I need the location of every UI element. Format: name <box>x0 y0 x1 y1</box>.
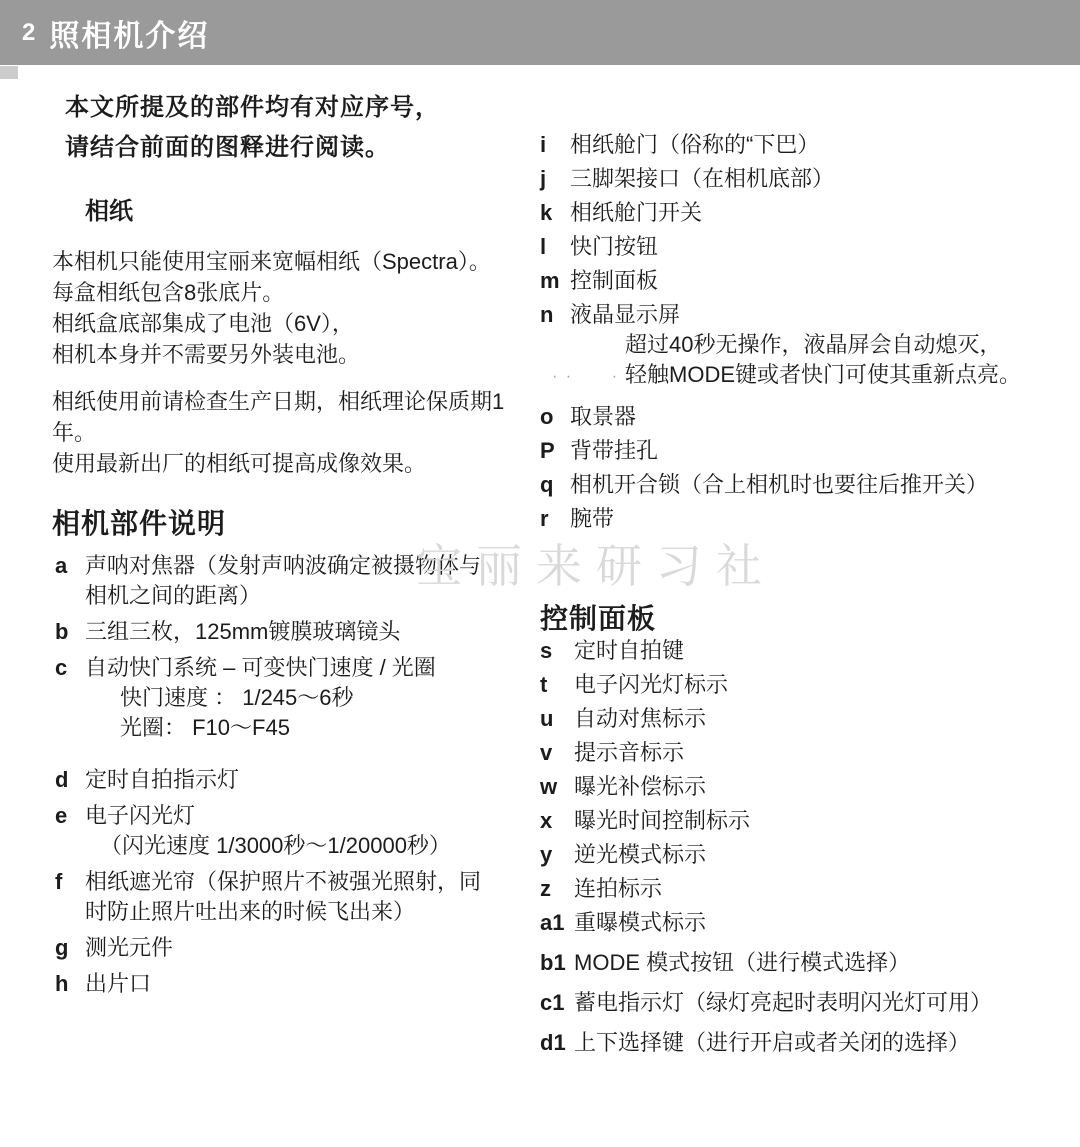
panel-list-item: z 连拍标示 <box>540 874 1075 904</box>
parts-list-item: c 自动快门系统 – 可变快门速度 / 光圈快门速度 ： 1/245～6秒光圈：… <box>55 653 522 743</box>
manual-page: 2 照相机介绍 本文所提及的部件均有对应序号，请结合前面的图释进行阅读。 相纸 … <box>0 0 1080 1147</box>
item-letter: e <box>55 801 85 861</box>
chapter-title: 照相机介绍 <box>49 11 209 55</box>
item-text: 自动对焦标示 <box>574 704 706 734</box>
panel-list-item: t 电子闪光灯标示 <box>540 670 1075 700</box>
parts-list-item: d 定时自拍指示灯 <box>55 765 522 795</box>
film-section-title: 相纸 <box>40 196 522 228</box>
panel-list-item: u 自动对焦标示 <box>540 704 1075 734</box>
film-paragraph-1: 本相机只能使用宝丽来宽幅相纸（Spectra）。每盒相纸包含8张底片。相纸盒底部… <box>40 246 522 370</box>
item-letter: b1 <box>540 948 574 978</box>
item-letter: d <box>55 765 85 795</box>
scan-artifact-dots: · · · <box>552 368 619 386</box>
item-letter: t <box>540 670 574 700</box>
item-letter: k <box>540 198 570 228</box>
panel-list-item: a1 重曝模式标示 <box>540 908 1075 938</box>
item-text: 三脚架接口（在相机底部） <box>570 164 834 194</box>
item-text: 连拍标示 <box>574 874 662 904</box>
item-letter: o <box>540 402 570 432</box>
panel-list-item: c1 蓄电指示灯（绿灯亮起时表明闪光灯可用） <box>540 988 1075 1018</box>
parts-list-item: o 取景器 <box>540 402 1075 432</box>
watermark-text: 宝丽来研习社 <box>416 530 776 596</box>
item-text: 相机开合锁（合上相机时也要往后推开关） <box>570 470 988 500</box>
parts-list-item: b 三组三枚，125mm镀膜玻璃镜头 <box>55 617 522 647</box>
panel-list-item: s 定时自拍键 <box>540 636 1075 666</box>
item-letter: d1 <box>540 1028 574 1058</box>
item-text: 取景器 <box>570 402 636 432</box>
item-text: 相纸舱门开关 <box>570 198 702 228</box>
item-letter: m <box>540 266 570 296</box>
item-text: 重曝模式标示 <box>574 908 706 938</box>
item-text: 曝光补偿标示 <box>574 772 706 802</box>
item-letter: g <box>55 933 85 963</box>
item-letter: h <box>55 969 85 999</box>
scan-edge-notch <box>0 66 18 79</box>
item-text: 相纸遮光帘（保护照片不被强光照射，同时防止照片吐出来的时候飞出来） <box>85 867 481 927</box>
parts-list-item: i 相纸舱门（俗称的“下巴） <box>540 130 1075 160</box>
parts-list-item: q 相机开合锁（合上相机时也要往后推开关） <box>540 470 1075 500</box>
item-text: 定时自拍指示灯 <box>85 765 239 795</box>
item-text: 三组三枚，125mm镀膜玻璃镜头 <box>85 617 400 647</box>
item-letter: b <box>55 617 85 647</box>
parts-list-item: m 控制面板 <box>540 266 1075 296</box>
item-letter: f <box>55 867 85 927</box>
panel-list-item: d1 上下选择键（进行开启或者关闭的选择） <box>540 1028 1075 1058</box>
parts-list-item: l 快门按钮 <box>540 232 1075 262</box>
item-text: 蓄电指示灯（绿灯亮起时表明闪光灯可用） <box>574 988 992 1018</box>
item-text: MODE 模式按钮（进行模式选择） <box>574 948 910 978</box>
item-letter: z <box>540 874 574 904</box>
item-letter: i <box>540 130 570 160</box>
panel-list-item: x 曝光时间控制标示 <box>540 806 1075 836</box>
item-letter: l <box>540 232 570 262</box>
item-letter: s <box>540 636 574 666</box>
parts-list-item: f 相纸遮光帘（保护照片不被强光照射，同时防止照片吐出来的时候飞出来） <box>55 867 522 927</box>
item-text: 提示音标示 <box>574 738 684 768</box>
item-text: 液晶显示屏超过40秒无操作，液晶屏会自动熄灭，轻触MODE键或者快门可使其重新点… <box>570 300 1021 390</box>
control-panel-list: s 定时自拍键 t 电子闪光灯标示 u 自动对焦标示 v 提示音标示 <box>530 636 1075 1058</box>
item-letter: c <box>55 653 85 743</box>
parts-list-item: P 背带挂孔 <box>540 436 1075 466</box>
right-column: i 相纸舱门（俗称的“下巴） j 三脚架接口（在相机底部） k 相纸舱门开关 l… <box>530 130 1075 1062</box>
item-text: 出片口 <box>85 969 151 999</box>
item-letter: v <box>540 738 574 768</box>
panel-list-item: y 逆光模式标示 <box>540 840 1075 870</box>
item-text: 上下选择键（进行开启或者关闭的选择） <box>574 1028 970 1058</box>
panel-list-item: b1 MODE 模式按钮（进行模式选择） <box>540 948 1075 978</box>
panel-section-title: 控制面板 <box>530 602 1075 636</box>
item-text: 背带挂孔 <box>570 436 658 466</box>
parts-list-item: e 电子闪光灯（闪光速度 1/3000秒～1/20000秒） <box>55 801 522 861</box>
item-text: 曝光时间控制标示 <box>574 806 750 836</box>
item-text: 电子闪光灯（闪光速度 1/3000秒～1/20000秒） <box>85 801 451 861</box>
item-letter: u <box>540 704 574 734</box>
body-parts-list: i 相纸舱门（俗称的“下巴） j 三脚架接口（在相机底部） k 相纸舱门开关 l… <box>530 130 1075 534</box>
parts-list-item: k 相纸舱门开关 <box>540 198 1075 228</box>
chapter-header-bar: 2 照相机介绍 <box>0 0 1080 65</box>
item-letter: P <box>540 436 570 466</box>
item-letter: y <box>540 840 574 870</box>
parts-list-item: j 三脚架接口（在相机底部） <box>540 164 1075 194</box>
item-letter: x <box>540 806 574 836</box>
item-letter: q <box>540 470 570 500</box>
panel-list-item: v 提示音标示 <box>540 738 1075 768</box>
item-letter: a1 <box>540 908 574 938</box>
item-text: 自动快门系统 – 可变快门速度 / 光圈快门速度 ： 1/245～6秒光圈： F… <box>85 653 436 743</box>
item-text: 电子闪光灯标示 <box>574 670 728 700</box>
parts-list: a 声呐对焦器（发射声呐波确定被摄物体与相机之间的距离） b 三组三枚，125m… <box>40 551 522 999</box>
parts-list-item: h 出片口 <box>55 969 522 999</box>
item-text: 定时自拍键 <box>574 636 684 666</box>
item-text: 快门按钮 <box>570 232 658 262</box>
item-text: 逆光模式标示 <box>574 840 706 870</box>
intro-text: 本文所提及的部件均有对应序号，请结合前面的图释进行阅读。 <box>40 88 522 168</box>
parts-list-item: g 测光元件 <box>55 933 522 963</box>
chapter-number: 2 <box>22 19 35 47</box>
item-text: 相纸舱门（俗称的“下巴） <box>570 130 819 160</box>
item-text: 测光元件 <box>85 933 173 963</box>
item-letter: w <box>540 772 574 802</box>
parts-list-item: n 液晶显示屏超过40秒无操作，液晶屏会自动熄灭，轻触MODE键或者快门可使其重… <box>540 300 1075 390</box>
item-letter: a <box>55 551 85 611</box>
film-paragraph-2: 相纸使用前请检查生产日期，相纸理论保质期1年。使用最新出厂的相纸可提高成像效果。 <box>40 386 522 479</box>
item-letter: j <box>540 164 570 194</box>
item-letter: c1 <box>540 988 574 1018</box>
item-text: 控制面板 <box>570 266 658 296</box>
panel-list-item: w 曝光补偿标示 <box>540 772 1075 802</box>
